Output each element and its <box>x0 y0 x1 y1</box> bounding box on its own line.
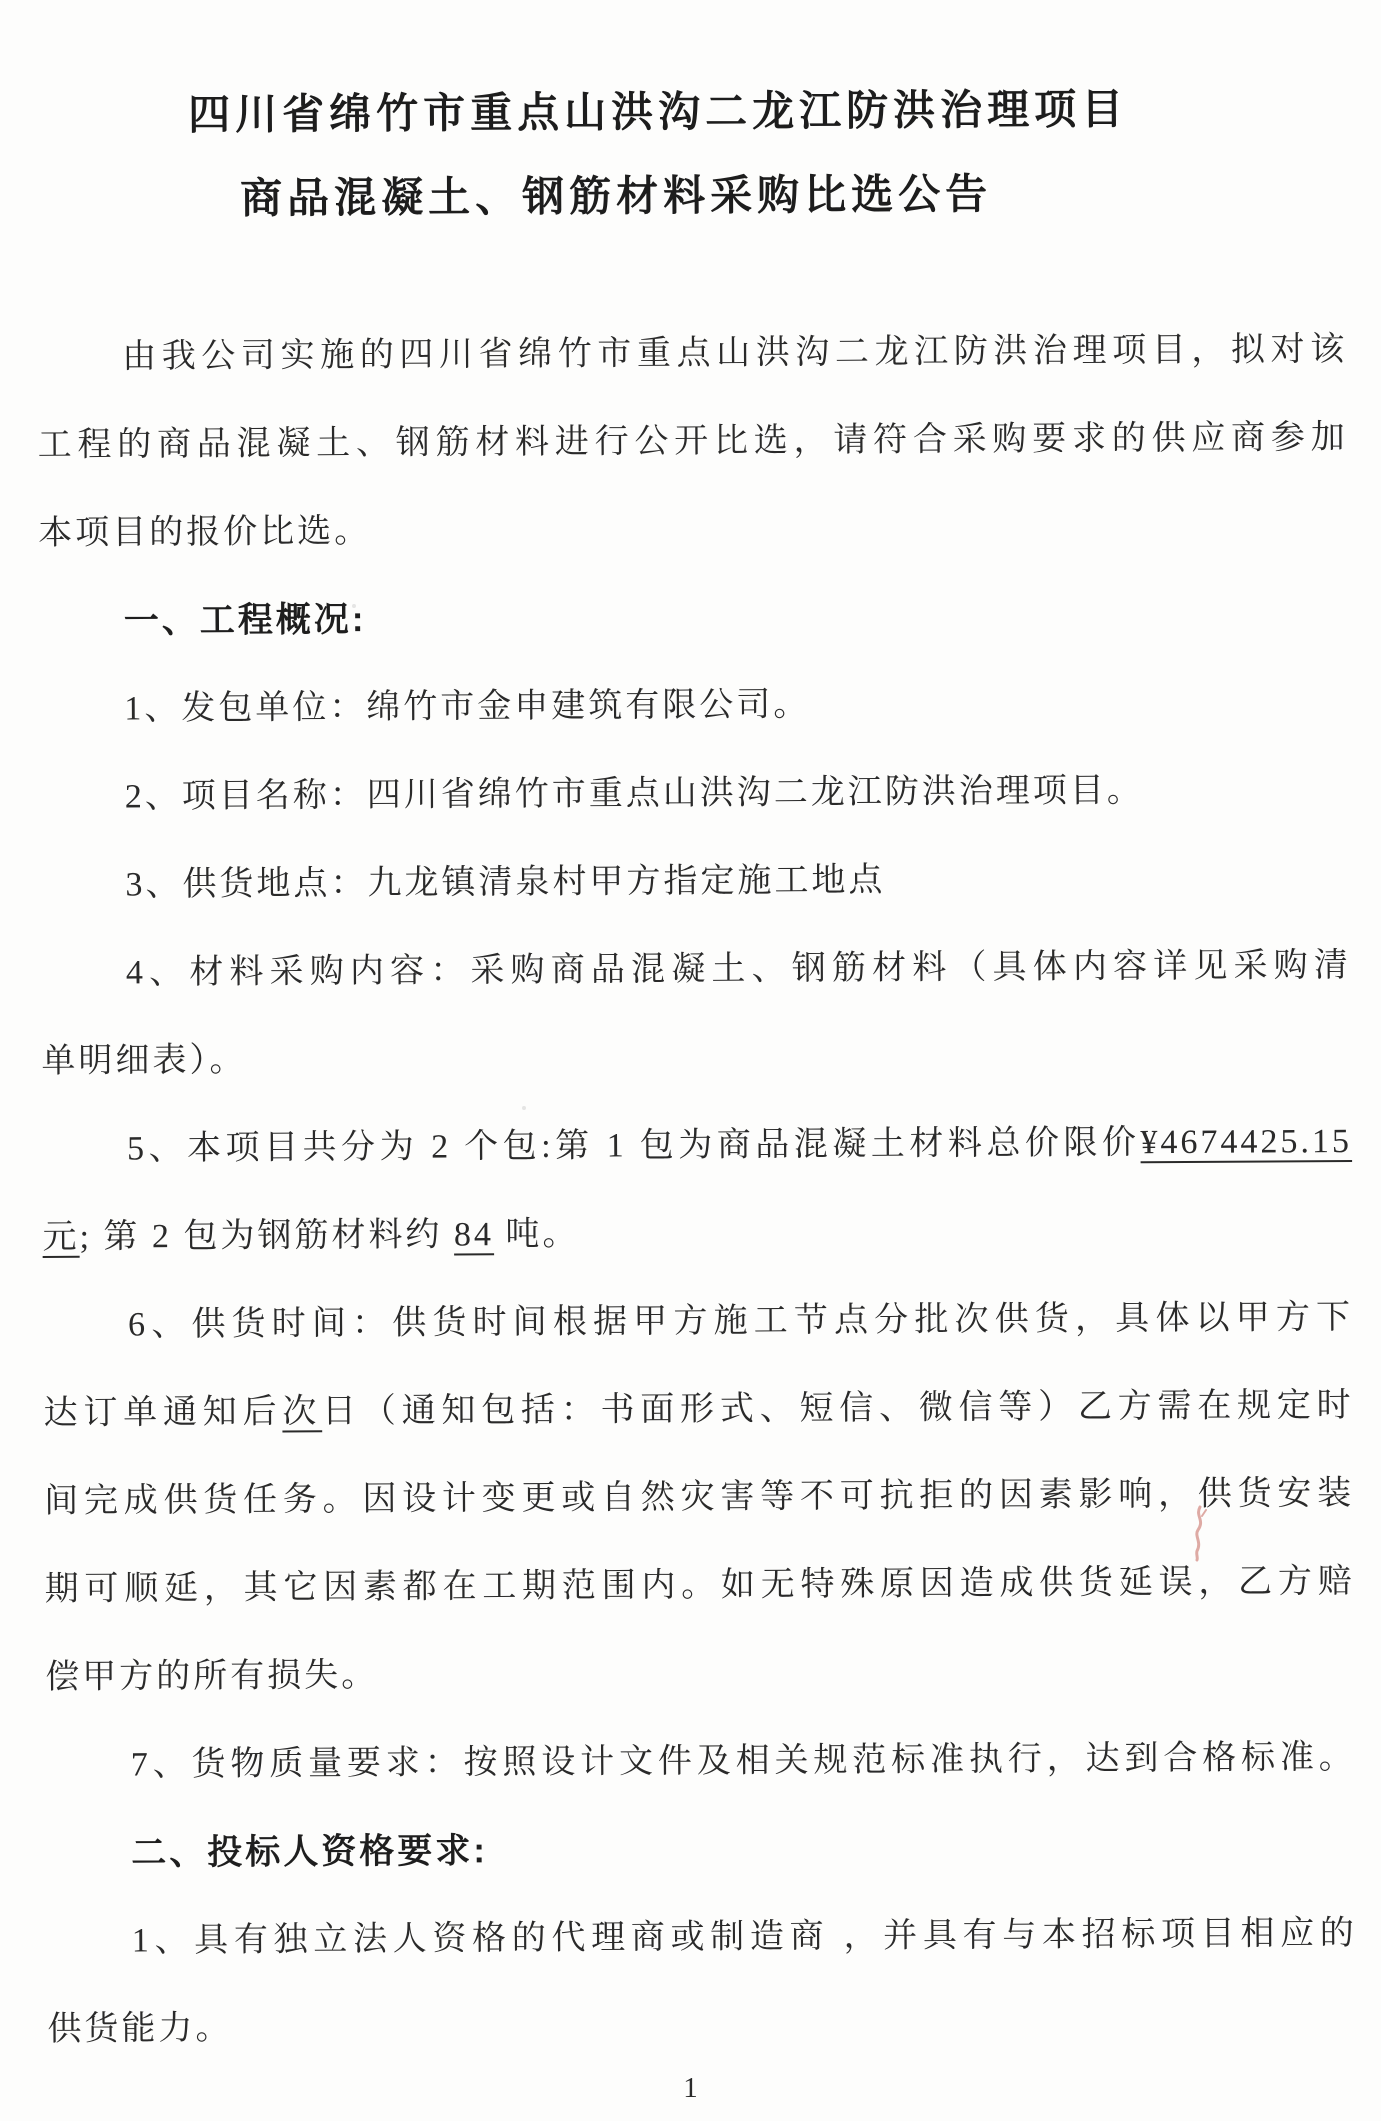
scan-speck <box>352 604 356 608</box>
text-segment: 2、项目名称：四川省绵竹市重点山洪沟二龙江防洪治理项目。 <box>125 772 1144 815</box>
text-segment: 二、投标人资格要求: <box>131 1831 488 1872</box>
text-line: 单明细表）。 <box>41 1010 1352 1106</box>
document-body: 由我公司实施的四川省绵竹市重点山洪沟二龙江防洪治理项目，拟对该工程的商品混凝土、… <box>37 306 1358 2074</box>
text-line: 7、货物质量要求：按照设计文件及相关规范标准执行，达到合格标准。 <box>46 1714 1357 1810</box>
text-segment: 本项目的报价比选。 <box>38 513 371 552</box>
text-line: 偿甲方的所有损失。 <box>45 1626 1356 1722</box>
text-segment: 吨。 <box>494 1216 580 1254</box>
document-content: 四川省绵竹市重点山洪沟二龙江防洪治理项目 商品混凝土、钢筋材料采购比选公告 由我… <box>35 0 1358 2074</box>
text-line: 6、供货时间：供货时间根据甲方施工节点分批次供货，具体以甲方下 <box>43 1274 1354 1370</box>
text-line: 一、工程概况: <box>39 570 1350 666</box>
text-segment: 4、材料采购内容：采购商品混凝土、钢筋材料（具体内容详见采购清 <box>126 947 1351 991</box>
scan-speck <box>522 1106 526 1110</box>
text-line: 2、项目名称：四川省绵竹市重点山洪沟二龙江防洪治理项目。 <box>40 746 1351 842</box>
text-segment: 一、工程概况: <box>124 600 367 640</box>
text-line: 由我公司实施的四川省绵竹市重点山洪沟二龙江防洪治理项目，拟对该 <box>37 306 1348 402</box>
underlined-text: 元 <box>42 1219 79 1256</box>
text-segment: 单明细表）。 <box>41 1042 246 1080</box>
text-segment: 偿甲方的所有损失。 <box>45 1657 378 1696</box>
underlined-text: ¥4674425.15 <box>1140 1123 1352 1161</box>
text-segment: 工程的商品混凝土、钢筋材料进行公开比选，请符合采购要求的供应商参加 <box>38 419 1348 464</box>
text-line: 4、材料采购内容：采购商品混凝土、钢筋材料（具体内容详见采购清 <box>41 922 1352 1018</box>
document-title-line1: 四川省绵竹市重点山洪沟二龙江防洪治理项目 <box>35 67 1195 158</box>
text-segment: 6、供货时间：供货时间根据甲方施工节点分批次供货，具体以甲方下 <box>128 1299 1353 1343</box>
text-segment: 间完成供货任务。因设计变更或自然灾害等不可抗拒的因素影响，供货安装 <box>44 1475 1354 1520</box>
red-pen-mark <box>1186 1504 1216 1562</box>
text-line: 工程的商品混凝土、钢筋材料进行公开比选，请符合采购要求的供应商参加 <box>37 394 1348 490</box>
page-number: 1 <box>0 2072 1381 2105</box>
text-line: 间完成供货任务。因设计变更或自然灾害等不可抗拒的因素影响，供货安装 <box>44 1450 1355 1546</box>
text-segment: 日（通知包括：书面形式、短信、微信等）乙方需在规定时 <box>322 1387 1354 1430</box>
text-segment: 达订单通知后 <box>44 1394 283 1432</box>
text-segment: 3、供货地点：九龙镇清泉村甲方指定施工地点 <box>125 862 885 904</box>
underlined-text: 次 <box>282 1393 322 1430</box>
text-segment: ; 第 2 包为钢筋材料约 <box>79 1216 454 1255</box>
text-segment: 7、货物质量要求：按照设计文件及相关规范标准执行，达到合格标准。 <box>131 1739 1356 1783</box>
text-line: 二、投标人资格要求: <box>46 1802 1357 1898</box>
text-line: 元; 第 2 包为钢筋材料约 84 吨。 <box>42 1186 1353 1282</box>
document-title-line2: 商品混凝土、钢筋材料采购比选公告 <box>36 151 1196 242</box>
text-segment: 期可顺延，其它因素都在工期范围内。如无特殊原因造成供货延误，乙方赔 <box>45 1563 1355 1608</box>
text-line: 3、供货地点：九龙镇清泉村甲方指定施工地点 <box>40 834 1351 930</box>
text-segment: 5、本项目共分为 2 个包:第 1 包为商品混凝土材料总价限价 <box>127 1124 1141 1167</box>
text-line: 供货能力。 <box>47 1978 1358 2074</box>
text-segment: 1、具有独立法人资格的代理商或制造商 ，并具有与本招标项目相应的 <box>132 1915 1357 1959</box>
text-line: 期可顺延，其它因素都在工期范围内。如无特殊原因造成供货延误，乙方赔 <box>44 1538 1355 1634</box>
text-line: 1、发包单位：绵竹市金申建筑有限公司。 <box>39 658 1350 754</box>
text-line: 达订单通知后次日（通知包括：书面形式、短信、微信等）乙方需在规定时 <box>43 1362 1354 1458</box>
text-line: 5、本项目共分为 2 个包:第 1 包为商品混凝土材料总价限价¥4674425.… <box>42 1098 1353 1194</box>
text-line: 本项目的报价比选。 <box>38 482 1349 578</box>
text-line: 1、具有独立法人资格的代理商或制造商 ，并具有与本招标项目相应的 <box>47 1890 1358 1986</box>
text-segment: 供货能力。 <box>47 2010 232 2048</box>
text-segment: 由我公司实施的四川省绵竹市重点山洪沟二龙江防洪治理项目，拟对该 <box>122 331 1347 375</box>
text-segment: 1、发包单位：绵竹市金申建筑有限公司。 <box>124 686 810 727</box>
document-page: 四川省绵竹市重点山洪沟二龙江防洪治理项目 商品混凝土、钢筋材料采购比选公告 由我… <box>0 0 1381 2121</box>
underlined-text: 84 <box>454 1216 494 1253</box>
